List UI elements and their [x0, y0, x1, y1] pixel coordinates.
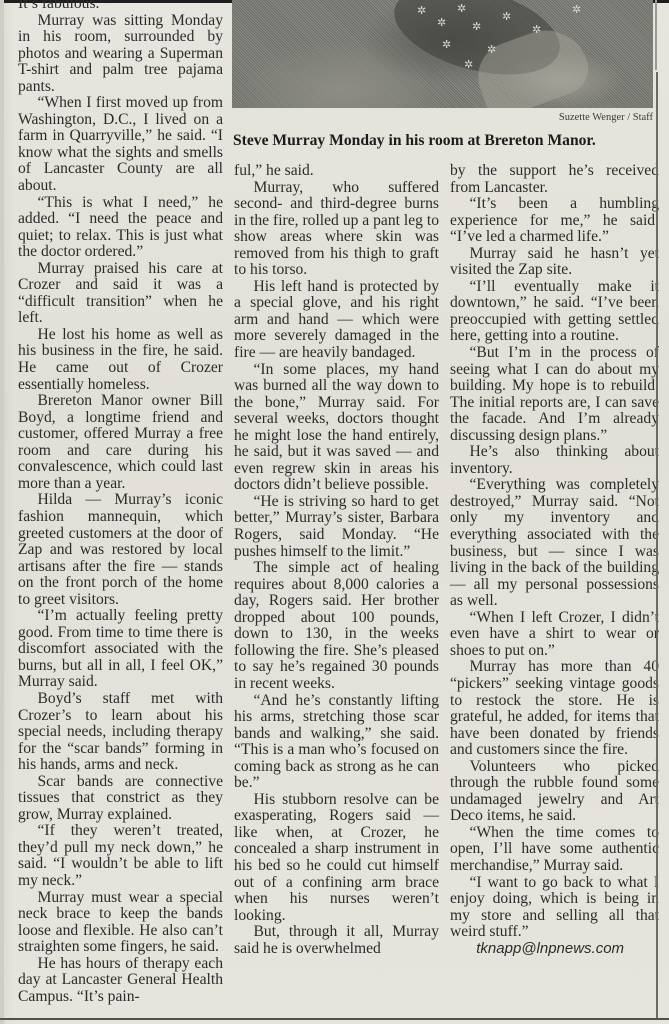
- paragraph: ful,” he said.: [234, 163, 439, 180]
- palm-tree-print-icon: ✲: [442, 40, 451, 51]
- paragraph: Scar bands are connective tissues that c…: [18, 774, 223, 824]
- paragraph: “I’m actually feeling pretty good. From …: [18, 608, 223, 691]
- newspaper-page: be back in Lancaster County. It’s fabulo…: [0, 0, 669, 1024]
- paragraph: His left hand is protected by a special …: [234, 279, 439, 362]
- paragraph: “I’ll eventually make it downtown,” he s…: [450, 279, 659, 345]
- photo-caption: Steve Murray Monday in his room at Brere…: [233, 132, 663, 150]
- photo-credit: Suzette Wenger / Staff: [450, 112, 653, 123]
- palm-tree-print-icon: ✲: [437, 18, 446, 29]
- paragraph: Murray has more than 40 “pickers” seekin…: [450, 659, 659, 758]
- paragraph: “When I first moved up from Washington, …: [18, 95, 223, 194]
- paragraph: Boyd’s staff met with Crozer’s to learn …: [18, 691, 223, 774]
- palm-tree-print-icon: ✲: [572, 5, 581, 16]
- paragraph: He’s also thinking about inventory.: [450, 444, 659, 477]
- paragraph: His stubborn resolve can be exasperating…: [234, 792, 439, 924]
- paragraph: “If they weren’t treated, they’d pull my…: [18, 823, 223, 889]
- palm-tree-print-icon: ✲: [457, 4, 466, 15]
- palm-tree-print-icon: ✲: [464, 60, 473, 71]
- left-column: It’s fabulous.” Murray was sitting Monda…: [18, 0, 223, 1005]
- paragraph: Murray was sitting Monday in his room, s…: [18, 13, 223, 96]
- paragraph: He lost his home as well as his business…: [18, 327, 223, 393]
- paragraph: “But I’m in the process of seeing what I…: [450, 345, 659, 444]
- paragraph: “It’s been a humbling experience for me,…: [450, 196, 659, 246]
- paragraph: “This is what I need,” he added. “I need…: [18, 195, 223, 261]
- paragraph: Hilda — Murray’s iconic fashion mannequi…: [18, 492, 223, 608]
- paragraph: Brereton Manor owner Bill Boyd, a longti…: [18, 393, 223, 492]
- right-column: by the support he’s received from Lancas…: [450, 163, 659, 957]
- paragraph: “And he’s constantly lifting his arms, s…: [234, 693, 439, 792]
- paragraph: by the support he’s received from Lancas…: [450, 163, 659, 196]
- paragraph: “In some places, my hand was burned all …: [234, 362, 439, 494]
- paragraph: Volunteers who picked through the rubble…: [450, 759, 659, 825]
- paragraph: But, through it all, Murray said he is o…: [234, 924, 439, 957]
- paragraph: Murray praised his care at Crozer and sa…: [18, 261, 223, 327]
- paragraph: “Everything was completely destroyed,” M…: [450, 477, 659, 609]
- paragraph: “When the time comes to open, I’ll have …: [450, 825, 659, 875]
- palm-tree-print-icon: ✲: [417, 6, 426, 17]
- paragraph: He has hours of therapy each day at Lanc…: [18, 956, 223, 1006]
- paragraph: It’s fabulous.”: [18, 0, 223, 13]
- paragraph: “He is striving so hard to get better,” …: [234, 494, 439, 560]
- palm-tree-print-icon: ✲: [472, 22, 481, 33]
- left-page-edge: [0, 0, 4, 1024]
- paragraph: Murray, who suffered second- and third-d…: [234, 180, 439, 279]
- palm-tree-print-icon: ✲: [502, 12, 511, 23]
- paragraph: Murray must wear a special neck brace to…: [18, 890, 223, 956]
- paragraph: “I want to go back to what I enjoy doing…: [450, 875, 659, 941]
- palm-tree-print-icon: ✲: [532, 25, 541, 36]
- news-photo: ✲ ✲ ✲ ✲ ✲ ✲ ✲ ✲ ✲ ✲: [232, 0, 653, 108]
- palm-tree-print-icon: ✲: [487, 45, 496, 56]
- column-rule-top: [655, 0, 657, 70]
- paragraph: “When I left Crozer, I didn’t even have …: [450, 610, 659, 660]
- paragraph: Murray said he hasn’t yet visited the Za…: [450, 246, 659, 279]
- bottom-rule: [0, 1018, 669, 1020]
- middle-column: ful,” he said. Murray, who suffered seco…: [234, 163, 439, 957]
- column-rule: [656, 72, 658, 1020]
- author-email: tknapp@lnpnews.com: [450, 941, 659, 958]
- paragraph: The simple act of healing requires about…: [234, 560, 439, 692]
